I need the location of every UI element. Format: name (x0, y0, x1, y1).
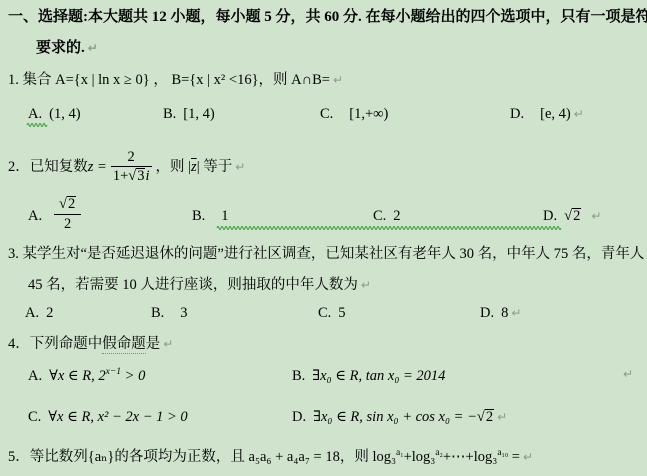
q3-option-c: C.5 (318, 304, 346, 322)
q5-part4: = (508, 449, 520, 465)
q4-a-base: ∀x ∈ R, 2 (49, 368, 106, 384)
q3-option-b: B.3 (151, 304, 188, 322)
sqrt-expression: √3 (128, 168, 145, 184)
q2-option-b-value: 1 (221, 207, 228, 225)
q3-option-a-label: A. (25, 304, 39, 322)
q1-option-b-label: B. (163, 105, 176, 123)
section-header-line1: 一、选择题:本大题共 12 小题，每小题 5 分，共 60 分. 在每小题给出的… (8, 8, 647, 27)
q2-option-d-label: D. (543, 207, 557, 225)
q2-fraction-numerator: 2 (111, 149, 152, 168)
q1-option-a-label: A. (28, 105, 42, 123)
q2-option-c-value: 2 (393, 207, 400, 225)
spellcheck-squiggle-underline (27, 122, 47, 127)
q2-stem-mid: ，则 | (156, 158, 192, 176)
grammar-squiggle-underline (217, 225, 558, 230)
q2-den-post: i (145, 168, 149, 184)
q4-option-a-value: ∀x ∈ R, 2x−1 > 0 (49, 367, 145, 385)
paragraph-mark-icon: ↵ (88, 41, 98, 55)
q2-stem-post: | 等于 (197, 158, 233, 176)
paragraph-mark-icon: ↵ (591, 209, 601, 223)
question-5-stem: 5．等比数列{aₙ}的各项均为正数，且 a₅a₆ + a₄a₇ = 18，则 l… (8, 448, 533, 466)
question-2-stem: 2．已知复数 z = 2 1+√3i ，则 |z| 等于↵ (8, 141, 245, 193)
q4-a-post: > 0 (121, 368, 145, 384)
q3-option-a: A.2 (25, 304, 53, 322)
q4-option-c-label: C. (28, 408, 41, 426)
q3-option-d-label: D. (480, 304, 494, 322)
q3-option-c-value: 5 (338, 304, 345, 322)
q4-option-a-label: A. (28, 367, 42, 385)
q2-option-a-denominator: 2 (62, 215, 73, 233)
q4-option-d-value: ∃x₀ ∈ R, sin x₀ + cos x₀ = −√2 (313, 408, 494, 426)
paragraph-mark-icon: ↵ (511, 306, 521, 320)
q4-option-b: B.∃x₀ ∈ R, tan x₀ = 2014 (292, 367, 445, 385)
question-1-stem: 1. 集合 A={x | ln x ≥ 0} ， B={x | x² <16}，… (8, 71, 343, 89)
q3-option-c-label: C. (318, 304, 331, 322)
paragraph-mark-icon: ↵ (497, 410, 507, 424)
q2-option-d-value: √2 (564, 207, 581, 225)
sqrt-icon: √ (59, 196, 67, 213)
q1-option-b: B.[1, 4) (163, 105, 215, 123)
q2-option-a-label-wrap: A. (28, 207, 42, 225)
paragraph-mark-icon: ↵ (235, 160, 245, 175)
q1-option-c: C.[1,+∞) (320, 105, 388, 123)
q2-option-c: C.2 (373, 207, 401, 225)
sqrt-expression: √2 (477, 409, 494, 425)
q1-stem-text: 1. 集合 A={x | ln x ≥ 0} ， B={x | x² <16}，… (8, 72, 330, 88)
q3-option-b-value: 3 (180, 304, 187, 322)
q1-option-a-value: (1, 4) (49, 105, 80, 123)
q5-part1: 5．等比数列{aₙ}的各项均为正数，且 a₅a₆ + a₄a₇ = 18，则 l… (8, 449, 396, 465)
q3-stem-line2-text: 45 名，若需要 10 人进行座谈，则抽取的中年人数为 (28, 277, 358, 293)
q4-stem-dotted-term: 假命题 (102, 336, 146, 354)
document-page: 一、选择题:本大题共 12 小题，每小题 5 分，共 60 分. 在每小题给出的… (0, 0, 647, 476)
paragraph-mark-icon: ↵ (163, 337, 173, 351)
sqrt-icon: √ (477, 408, 485, 426)
section-header-line2-text: 要求的. (36, 40, 85, 56)
q2-fraction-denominator: 1+√3i (111, 167, 152, 185)
q4-d-pre: ∃x₀ ∈ R, sin x₀ + cos x₀ = − (313, 409, 477, 425)
q3-option-a-value: 2 (46, 304, 53, 322)
q4-option-b-value: ∃x₀ ∈ R, tan x₀ = 2014 (312, 367, 445, 385)
q4-stem-pre: 4．下列命题中 (8, 336, 102, 352)
q2-option-c-label: C. (373, 207, 386, 225)
q4-a-exponent: x−1 (106, 367, 121, 377)
q2-den-pre: 1+ (113, 168, 128, 184)
q4-option-c-value: ∀x ∈ R, x² − 2x − 1 > 0 (48, 408, 187, 426)
q1-option-c-value: [1,+∞) (349, 105, 388, 123)
sqrt-expression: √2 (59, 196, 76, 212)
q1-option-c-label: C. (320, 105, 333, 123)
q5-sup3: a₁₀ (497, 448, 508, 458)
q1-option-d: D.[e, 4)↵ (510, 105, 584, 123)
paragraph-mark-icon: ↵ (523, 450, 533, 464)
q4-d-radicand: 2 (485, 409, 494, 426)
q2-option-a-radicand: 2 (67, 196, 76, 213)
q2-option-d-radicand: 2 (572, 208, 581, 225)
q4-option-b-label: B. (292, 367, 305, 385)
q2-fraction: 2 1+√3i (111, 149, 152, 186)
paragraph-mark-icon: ↵ (333, 73, 343, 87)
q2-option-a-numerator: √2 (54, 196, 81, 215)
q2-option-a-fraction: √2 2 (54, 196, 81, 233)
q3-option-d: D.8↵ (480, 304, 521, 322)
q4-option-c: C.∀x ∈ R, x² − 2x − 1 > 0 (28, 408, 188, 426)
question-4-stem: 4．下列命题中假命题是↵ (8, 335, 173, 353)
q2-option-b-label: B. (192, 207, 205, 225)
paragraph-mark-icon: ↵ (361, 278, 371, 292)
q1-option-b-value: [1, 4) (183, 105, 214, 123)
q5-part2: +log₃ (404, 449, 436, 465)
q5-part3: +⋯+log₃ (443, 449, 497, 465)
section-header-line2: 要求的.↵ (36, 39, 98, 58)
q4-stem-post: 是 (146, 336, 161, 352)
q2-option-a-label: A. (28, 207, 42, 225)
question-3-stem-line2: 45 名，若需要 10 人进行座谈，则抽取的中年人数为↵ (28, 276, 371, 294)
question-3-stem-line1: 3. 某学生对“是否延迟退休的问题”进行社区调查，已知某社区有老年人 30 名，… (8, 245, 644, 263)
q2-option-b: B.1 (192, 207, 229, 225)
paragraph-mark-icon: ↵ (623, 367, 633, 382)
q3-option-b-label: B. (151, 304, 164, 322)
q5-sup2: a₂ (435, 448, 443, 458)
q4-option-d-label: D. (292, 408, 306, 426)
sqrt-icon: √ (128, 168, 136, 185)
q4-option-d: D.∃x₀ ∈ R, sin x₀ + cos x₀ = −√2↵ (292, 408, 507, 426)
q1-option-d-label: D. (510, 105, 524, 123)
paragraph-mark-icon: ↵ (574, 107, 584, 121)
q2-option-d: D.√2↵ (543, 207, 601, 225)
q1-option-d-value: [e, 4) (540, 105, 571, 123)
q3-option-d-value: 8 (501, 304, 508, 322)
q1-option-a: A.(1, 4) (28, 105, 81, 123)
sqrt-icon: √ (564, 207, 572, 225)
q5-sup1: a₁ (396, 448, 404, 458)
q4-option-a: A.∀x ∈ R, 2x−1 > 0 (28, 367, 145, 385)
q2-z-equals: z = (88, 158, 107, 176)
q2-stem-pre: 2．已知复数 (8, 158, 88, 176)
